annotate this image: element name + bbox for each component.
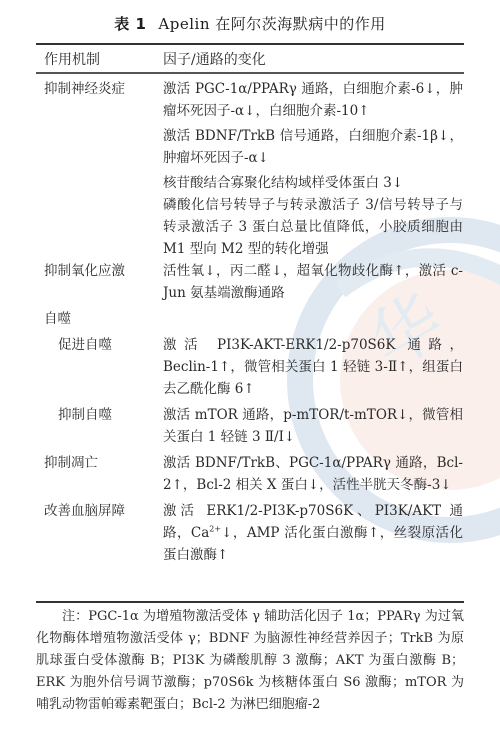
table-caption: 表 1Apelin 在阿尔茨海默病中的作用 <box>0 13 500 34</box>
table-row: 自噬 <box>0 308 500 330</box>
change-cell: 激活 PGC-1α/PPARγ 通路，白细胞介素-6↓，肿瘤坏死因子-α↓，白细… <box>163 78 463 260</box>
table-row: 抑制自噬 激活 mTOR 通路，p-mTOR/t-mTOR↓，微管相关蛋白 1 … <box>0 404 500 448</box>
change-cell: 激活 BDNF/TrkB、PGC-1α/PPARγ 通路，Bcl-2↑，Bcl-… <box>163 452 463 496</box>
change-cell: 激活 PI3K-AKT-ERK1/2-p70S6K 通路，Beclin-1↑，微… <box>163 334 463 400</box>
change-item: 活性氧↓，丙二醛↓，超氧化物歧化酶↑，激活 c-Jun 氨基端激酶通路 <box>163 260 463 304</box>
change-item: 激活 ERK1/2-PI3K-p70S6K、PI3K/AKT 通路，Ca2+↓，… <box>163 500 463 566</box>
mechanism-cell: 抑制自噬 <box>0 404 163 448</box>
table-row: 抑制氧化应激 活性氧↓，丙二醛↓，超氧化物歧化酶↑，激活 c-Jun 氨基端激酶… <box>0 260 500 304</box>
table-row: 改善血脑屏障 激活 ERK1/2-PI3K-p70S6K、PI3K/AKT 通路… <box>0 500 500 566</box>
mechanism-cell: 促进自噬 <box>0 334 163 400</box>
table-title: Apelin 在阿尔茨海默病中的作用 <box>158 15 385 33</box>
table-row: 抑制神经炎症 激活 PGC-1α/PPARγ 通路，白细胞介素-6↓，肿瘤坏死因… <box>0 78 500 260</box>
change-cell: 激活 mTOR 通路，p-mTOR/t-mTOR↓，微管相关蛋白 1 轻链 3 … <box>163 404 463 448</box>
mechanism-cell: 抑制凋亡 <box>0 452 163 496</box>
change-cell: 激活 ERK1/2-PI3K-p70S6K、PI3K/AKT 通路，Ca2+↓，… <box>163 500 463 566</box>
table-footnote: 注：PGC-1α 为增殖物激活受体 γ 辅助活化因子 1α；PPARγ 为过氧化… <box>36 606 464 716</box>
change-item: 激活 PGC-1α/PPARγ 通路，白细胞介素-6↓，肿瘤坏死因子-α↓，白细… <box>163 78 463 122</box>
mechanism-cell: 抑制神经炎症 <box>0 78 163 260</box>
table-header-rule <box>36 72 464 74</box>
mechanism-cell: 抑制氧化应激 <box>0 260 163 304</box>
change-item: 激活 PI3K-AKT-ERK1/2-p70S6K 通路，Beclin-1↑，微… <box>163 334 463 400</box>
change-cell <box>163 308 463 330</box>
table-top-rule <box>36 43 464 45</box>
header-change: 因子/通路的变化 <box>163 49 266 69</box>
change-item: 磷酸化信号转导子与转录激活子 3/信号转导子与转录激活子 3 蛋白总量比值降低，… <box>163 194 463 260</box>
mechanism-cell: 改善血脑屏障 <box>0 500 163 566</box>
change-item: 激活 BDNF/TrkB 信号通路，白细胞介素-1β↓，肿瘤坏死因子-α↓ <box>163 125 463 169</box>
table-number: 表 1 <box>114 15 146 33</box>
change-item: 激活 mTOR 通路，p-mTOR/t-mTOR↓，微管相关蛋白 1 轻链 3 … <box>163 404 463 448</box>
table-body: 抑制神经炎症 激活 PGC-1α/PPARγ 通路，白细胞介素-6↓，肿瘤坏死因… <box>0 78 500 566</box>
mechanism-cell: 自噬 <box>0 308 163 330</box>
table-row: 抑制凋亡 激活 BDNF/TrkB、PGC-1α/PPARγ 通路，Bcl-2↑… <box>0 452 500 496</box>
change-item: 核苷酸结合寡聚化结构域样受体蛋白 3↓ <box>163 172 463 194</box>
table-bottom-rule <box>36 601 464 603</box>
change-cell: 活性氧↓，丙二醛↓，超氧化物歧化酶↑，激活 c-Jun 氨基端激酶通路 <box>163 260 463 304</box>
change-item: 激活 BDNF/TrkB、PGC-1α/PPARγ 通路，Bcl-2↑，Bcl-… <box>163 452 463 496</box>
header-mechanism: 作用机制 <box>44 49 100 69</box>
table-row: 促进自噬 激活 PI3K-AKT-ERK1/2-p70S6K 通路，Beclin… <box>0 334 500 400</box>
